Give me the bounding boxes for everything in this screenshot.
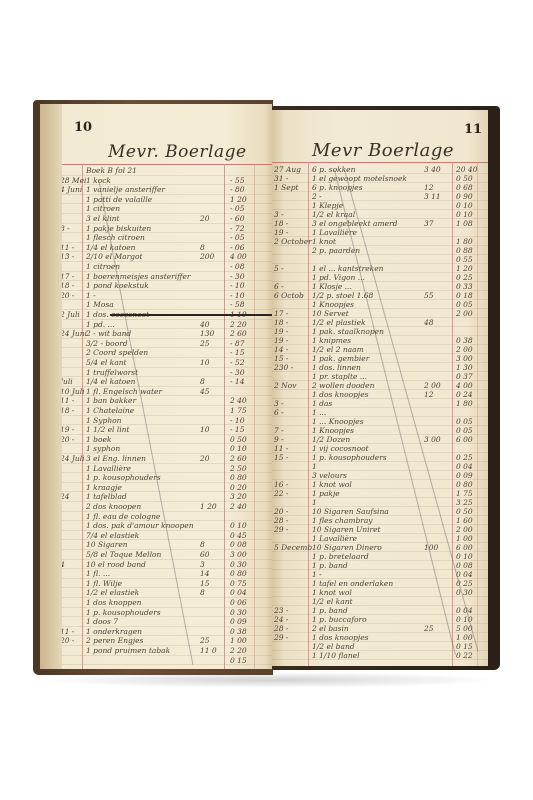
entry-description: 1 fles chambray	[312, 516, 373, 525]
entry-amount: 0 10	[230, 444, 247, 453]
entry-date: 29 -	[274, 525, 288, 534]
entry-description: 1/2 el 2 naam	[312, 345, 364, 354]
entry-amount: 0 05	[456, 417, 473, 426]
entry-amount: 0 15	[456, 642, 473, 651]
entry-unit-price: 8	[200, 588, 205, 597]
entry-description: 10 el rood band	[86, 560, 146, 569]
entry-description: 1 dos knoppen	[86, 598, 141, 607]
entry-amount: 3 00	[456, 354, 473, 363]
entry-amount: 2 00	[456, 345, 473, 354]
entry-amount: 0 22	[456, 651, 473, 660]
entry-amount: 0 68	[456, 183, 473, 192]
entry-date: 20 -	[274, 507, 288, 516]
entry-description: 1/2 el kant	[312, 597, 353, 606]
entry-description: 5/8 el Toque Mellon	[86, 550, 161, 559]
entry-date: 28 -	[274, 516, 288, 525]
entry-amount: - 10	[230, 291, 244, 300]
entry-amount: 4 00	[456, 381, 473, 390]
entry-date: 23 -	[274, 606, 288, 615]
entry-amount: 0 09	[230, 617, 247, 626]
entry-description: 1 pak. gembier	[312, 354, 369, 363]
entry-amount: - 60	[230, 214, 244, 223]
entry-description: 10 Sigaren Uniret	[312, 525, 381, 534]
entry-amount: 2 00	[456, 309, 473, 318]
entry-amount: 0 30	[456, 588, 473, 597]
entry-description: 1/4 el katoen	[86, 377, 136, 386]
page-edges	[40, 104, 62, 669]
entry-amount: 0 04	[456, 570, 473, 579]
entry-date: 4 Juni	[60, 185, 82, 194]
entry-description: 1 knot	[312, 237, 336, 246]
entry-amount: 0 75	[230, 579, 247, 588]
entry-description: 1 pd. ...	[86, 320, 115, 329]
entry-description: 1 el gewoopt motelsnoek	[312, 174, 407, 183]
entry-amount: 0 37	[456, 372, 473, 381]
entry-amount: - 10	[230, 281, 244, 290]
entry-amount: - 10	[230, 416, 244, 425]
entry-description: Boek B fol 21	[86, 166, 137, 175]
entry-amount: 2 60	[230, 454, 247, 463]
entry-description: 1 boerenmeisjes ansteriffer	[86, 272, 190, 281]
entry-amount: 0 15	[230, 656, 247, 665]
entry-amount: 0 80	[456, 480, 473, 489]
entry-description: 10 Servet	[312, 309, 349, 318]
entry-description: 1/2 el band	[312, 642, 355, 651]
entry-description: 1 ... Knoopjes	[312, 417, 364, 426]
entry-date: 18 -	[60, 406, 74, 415]
entry-description: 3 el ongebleekt amerd	[312, 219, 397, 228]
entry-description: 1 p. band	[312, 561, 348, 570]
entry-description: 1	[312, 498, 317, 507]
entry-amount: 0 10	[230, 521, 247, 530]
entry-amount: 0 80	[230, 569, 247, 578]
entry-amount: 6 00	[456, 543, 473, 552]
entry-amount: 0 10	[456, 552, 473, 561]
entry-amount: 0 05	[456, 300, 473, 309]
entry-amount: 1 00	[456, 534, 473, 543]
entry-date: 27 Aug	[274, 165, 301, 174]
entry-amount: 3 25	[456, 498, 473, 507]
page-heading: Mevr. Boerlage	[108, 142, 247, 162]
entry-amount: 0 24	[456, 390, 473, 399]
entry-amount: 1 75	[230, 406, 247, 415]
entry-amount: 0 25	[456, 273, 473, 282]
entry-amount: 0 45	[230, 531, 247, 540]
entry-description: 1 flesch citroen	[86, 233, 145, 242]
entry-amount: 0 05	[456, 426, 473, 435]
entry-date: 18 -	[274, 318, 288, 327]
entry-description: 3/2 - boord	[86, 339, 128, 348]
entry-unit-price: 100	[424, 543, 438, 552]
entry-date: 29 -	[274, 633, 288, 642]
entry-description: 1 p. kousophouders	[312, 453, 387, 462]
entry-unit-price: 11 0	[200, 646, 217, 655]
entry-description: 1 fl. Engelsch water	[86, 387, 162, 396]
entry-amount: 0 04	[456, 462, 473, 471]
entry-description: 2 el basin	[312, 624, 349, 633]
entry-amount: - 15	[230, 348, 244, 357]
entry-amount: 1 00	[230, 636, 247, 645]
entry-amount: 3 00	[230, 550, 247, 559]
entry-description: 2 Coord spelden	[86, 348, 148, 357]
entry-date: 3 -	[274, 210, 284, 219]
entry-amount: - 30	[230, 272, 244, 281]
entry-date: 11 -	[60, 243, 74, 252]
entry-description: 1 boek	[86, 435, 111, 444]
entry-description: 1 pr. staplte ...	[312, 372, 367, 381]
header-rule	[272, 162, 488, 163]
entry-amount: 1 20	[456, 264, 473, 273]
entry-amount: 0 25	[456, 453, 473, 462]
entry-description: 2 dos knoopen	[86, 502, 141, 511]
entry-date: 28 Mei	[60, 176, 86, 185]
entry-description: 7/4 el elastiek	[86, 531, 139, 540]
page-heading: Mevr Boerlage	[312, 140, 454, 161]
entry-date: 2 Juli	[60, 310, 80, 319]
entry-date: 6 -	[274, 408, 284, 417]
entry-date: 17 -	[60, 272, 74, 281]
entry-amount: 1 75	[456, 489, 473, 498]
entry-amount: 0 09	[456, 471, 473, 480]
entry-amount: - 72	[230, 224, 244, 233]
entry-unit-price: 3	[200, 560, 205, 569]
entry-description: 2 - wit band	[86, 329, 131, 338]
entry-amount: 0 30	[230, 560, 247, 569]
entry-date: 13 -	[60, 252, 74, 261]
entry-description: 2 -	[312, 192, 322, 201]
entry-unit-price: 10	[200, 358, 210, 367]
entry-unit-price: 12	[424, 390, 434, 399]
entry-unit-price: 3 00	[424, 435, 441, 444]
entry-amount: 20 40	[456, 165, 477, 174]
entry-amount: 3 20	[230, 492, 247, 501]
entry-amount: 0 10	[456, 201, 473, 210]
entry-description: 1 pakje	[312, 489, 340, 498]
entry-unit-price: 1 20	[200, 502, 217, 511]
entry-description: 1 vij cocosnoot	[312, 444, 369, 453]
entry-amount: 1 20	[230, 195, 247, 204]
entry-amount: 0 10	[456, 210, 473, 219]
entry-amount: - 55	[230, 176, 244, 185]
entry-description: 1 -	[312, 570, 322, 579]
entry-amount: 1 80	[456, 399, 473, 408]
entry-description: 1 dos. pak d'amour knoopen	[86, 521, 194, 530]
entry-date: 19 -	[274, 228, 288, 237]
entry-amount: 1 08	[456, 219, 473, 228]
entry-description: 1/2 el plastiek	[312, 318, 366, 327]
entry-unit-price: 25	[200, 636, 210, 645]
entry-description: 1 knot wol	[312, 588, 352, 597]
entry-date: 19 -	[274, 336, 288, 345]
entry-date: 15 -	[274, 354, 288, 363]
entry-unit-price: 40	[200, 320, 210, 329]
entry-date: 230 -	[274, 363, 293, 372]
entry-description: 1 ban bakker	[86, 396, 136, 405]
entry-amount: - 05	[230, 204, 244, 213]
entry-amount: - 87	[230, 339, 244, 348]
entry-description: 3 velours	[312, 471, 347, 480]
entry-date: 24 Juni	[60, 329, 87, 338]
entry-amount: 0 38	[230, 627, 247, 636]
entry-unit-price: 10	[200, 425, 210, 434]
entry-amount: 2 60	[230, 329, 247, 338]
entry-amount: 1 60	[456, 516, 473, 525]
entry-description: 1 ...	[312, 408, 326, 417]
entry-amount: - 52	[230, 358, 244, 367]
entry-description: 1 p. kousophouders	[86, 473, 161, 482]
entry-amount: 0 04	[230, 588, 247, 597]
entry-date: 9 -	[274, 435, 284, 444]
entry-amount: - 58	[230, 300, 244, 309]
entry-amount: 0 20	[230, 483, 247, 492]
entry-date: 20 -	[60, 435, 74, 444]
entry-amount: 4 00	[230, 252, 247, 261]
entry-amount: 0 08	[230, 540, 247, 549]
entry-description: 1 tafel en onderlaken	[312, 579, 393, 588]
entry-description: 1 Knoopjes	[312, 426, 354, 435]
entry-description: 1 dos knoopjes	[312, 633, 369, 642]
page-number: 11	[464, 122, 482, 137]
entry-unit-price: 45	[200, 387, 210, 396]
entry-unit-price: 37	[424, 219, 434, 228]
entry-description: 1 pd. Vigon ...	[312, 273, 365, 282]
entry-amount: - 06	[230, 243, 244, 252]
entry-description: 1 knipmes	[312, 336, 351, 345]
entry-date: 2 Nov	[274, 381, 296, 390]
entry-amount: 0 06	[230, 598, 247, 607]
entry-description: 1 Lavallière	[86, 464, 131, 473]
entry-amount: 0 33	[456, 282, 473, 291]
entry-amount: 1 00	[456, 633, 473, 642]
entry-amount: 0 18	[456, 291, 473, 300]
entry-date: 19 -	[274, 327, 288, 336]
entry-description: 1 p. buccaforo	[312, 615, 367, 624]
header-rule	[62, 164, 272, 165]
entry-date: 20 -	[60, 636, 74, 645]
entry-unit-price: 3 40	[424, 165, 441, 174]
entry-amount: 0 08	[456, 561, 473, 570]
entry-amount: - 08	[230, 262, 244, 271]
entry-description: 10 Sigaren Dinero	[312, 543, 382, 552]
entry-date: 24 Juli	[60, 454, 85, 463]
entry-amount: 0 80	[230, 473, 247, 482]
entry-description: 2 wollen dooden	[312, 381, 374, 390]
entry-date: 20 -	[60, 291, 74, 300]
page-number: 10	[74, 120, 92, 135]
entry-description: 1 -	[86, 291, 96, 300]
entry-amount: 1 30	[456, 363, 473, 372]
entry-description: 1 tafelblad	[86, 492, 127, 501]
entry-description: 1 onderkragen	[86, 627, 142, 636]
entry-unit-price: 12	[424, 183, 434, 192]
entry-date: 19 -	[60, 425, 74, 434]
entry-date: 18 -	[274, 219, 288, 228]
entry-description: 1 fl. Wilje	[86, 579, 122, 588]
entry-description: 10 Sigaren	[86, 540, 128, 549]
entry-amount: 0 55	[456, 255, 473, 264]
entry-unit-price: 2 00	[424, 381, 441, 390]
entry-description: 1 Klosje ...	[312, 282, 352, 291]
entry-unit-price: 8	[200, 377, 205, 386]
entry-date: 14 -	[274, 345, 288, 354]
entry-amount: 0 50	[230, 435, 247, 444]
entry-description: 1 fl. ...	[86, 569, 110, 578]
entry-description: 1 knot wol	[312, 480, 352, 489]
entry-description: 1 kraagje	[86, 483, 122, 492]
entry-description: 1 Chatelaine	[86, 406, 134, 415]
entry-amount: 0 50	[456, 174, 473, 183]
entry-date: 6 -	[274, 282, 284, 291]
entry-amount: - 15	[230, 425, 244, 434]
entry-description: 1 p. kousophouders	[86, 608, 161, 617]
entry-date: 31 -	[274, 174, 288, 183]
entry-date: 5 -	[274, 264, 284, 273]
entry-unit-price: 8	[200, 243, 205, 252]
entry-date: 15 -	[274, 453, 288, 462]
entry-description: 3 el Eng. linnen	[86, 454, 146, 463]
entry-date: 11 -	[60, 396, 74, 405]
entry-unit-price: 20	[200, 214, 210, 223]
entry-description: 1 das	[312, 399, 332, 408]
entry-description: 1 vanielje ansteriffer	[86, 185, 165, 194]
entry-description: 1 truffelworst	[86, 368, 138, 377]
entry-description: 1 fl. eau de cologne	[86, 512, 160, 521]
entry-unit-price: 25	[200, 339, 210, 348]
entry-unit-price: 25	[424, 624, 434, 633]
entry-date: 28 -	[274, 624, 288, 633]
entry-date: 6 Octob	[274, 291, 304, 300]
entry-amount: - 14	[230, 377, 244, 386]
entry-description: 10 Sigaren Saufsina	[312, 507, 389, 516]
entry-description: 1 Lavallière	[312, 534, 357, 543]
entry-description: 1	[312, 462, 317, 471]
entry-description: 1 Klepje	[312, 201, 343, 210]
entry-unit-price: 60	[200, 550, 210, 559]
entry-description: 1 p. bretelaard	[312, 552, 369, 561]
entry-description: 1 pond pruimen tabak	[86, 646, 170, 655]
entry-date: 18 -	[60, 281, 74, 290]
entry-amount: 2 50	[230, 464, 247, 473]
entry-description: 1 pakje biskuiten	[86, 224, 151, 233]
entry-amount: - 30	[230, 368, 244, 377]
entry-date: 22 -	[274, 489, 288, 498]
entry-description: 1 dos knoopjes	[312, 390, 369, 399]
entry-description: 1 Mosa	[86, 300, 114, 309]
entry-amount: 2 00	[456, 525, 473, 534]
entry-amount: 0 90	[456, 192, 473, 201]
entry-amount: 0 88	[456, 246, 473, 255]
entry-unit-price: 130	[200, 329, 214, 338]
entry-description: 1 p. band	[312, 606, 348, 615]
entry-description: 3 el klint	[86, 214, 120, 223]
entry-description: 1 dos. linnen	[312, 363, 361, 372]
entry-date: 7 -	[274, 426, 284, 435]
entry-description: 1 syphon	[86, 444, 120, 453]
entry-unit-price: 48	[424, 318, 434, 327]
entry-date: 11 -	[274, 444, 288, 453]
entry-date: 2 October	[274, 237, 312, 246]
entry-description: 1 1/2 el lint	[86, 425, 129, 434]
entry-description: 5/4 el kant	[86, 358, 127, 367]
entry-amount: 0 30	[230, 608, 247, 617]
entry-unit-price: 15	[200, 579, 210, 588]
entry-description: 1/2 el elastiek	[86, 588, 139, 597]
entry-amount: - 80	[230, 185, 244, 194]
strikethrough-line	[110, 314, 272, 316]
entry-date: 10 Juli	[60, 387, 85, 396]
entry-amount: 1 80	[456, 237, 473, 246]
entry-date: 11 -	[60, 627, 74, 636]
entry-date: 3 -	[274, 399, 284, 408]
ledger-page-left: 10 Mevr. Boerlage Boek B fol 2128 Mei1 k…	[40, 104, 272, 669]
entry-unit-price: 20	[200, 454, 210, 463]
entry-description: 1 Syphon	[86, 416, 122, 425]
entry-amount: 2 40	[230, 502, 247, 511]
entry-date: 16 -	[274, 480, 288, 489]
entry-description: 1 1/10 flanel	[312, 651, 360, 660]
entry-unit-price: 14	[200, 569, 210, 578]
entry-amount: - 05	[230, 233, 244, 242]
entry-description: 1 Knoopjes	[312, 300, 354, 309]
entry-description: 1 doos 7	[86, 617, 118, 626]
entry-amount: 0 38	[456, 336, 473, 345]
entry-description: 1/2 el kraal	[312, 210, 355, 219]
entry-description: 1 patti de valaille	[86, 195, 152, 204]
entry-unit-price: 8	[200, 540, 205, 549]
entry-unit-price: 200	[200, 252, 214, 261]
entry-unit-price: 3 11	[424, 192, 441, 201]
ledger-entry: 0 15	[40, 656, 272, 669]
ledger-page-right: 11 Mevr Boerlage 27 Aug6 p. sokken3 4020…	[272, 110, 488, 666]
entry-date: 1 Sept	[274, 183, 299, 192]
entry-description: 1/2 Dozen	[312, 435, 350, 444]
entry-date: 17 -	[274, 309, 288, 318]
entry-amount: 6 00	[456, 435, 473, 444]
entry-description: 2 peren Engjes	[86, 636, 143, 645]
entry-amount: 2 20	[230, 646, 247, 655]
entry-date: 5 Decemb	[274, 543, 312, 552]
entry-date: 24 -	[274, 615, 288, 624]
entry-amount: 2 40	[230, 396, 247, 405]
entry-amount: 2 20	[230, 320, 247, 329]
entry-amount: 0 50	[456, 507, 473, 516]
entry-unit-price: 55	[424, 291, 434, 300]
